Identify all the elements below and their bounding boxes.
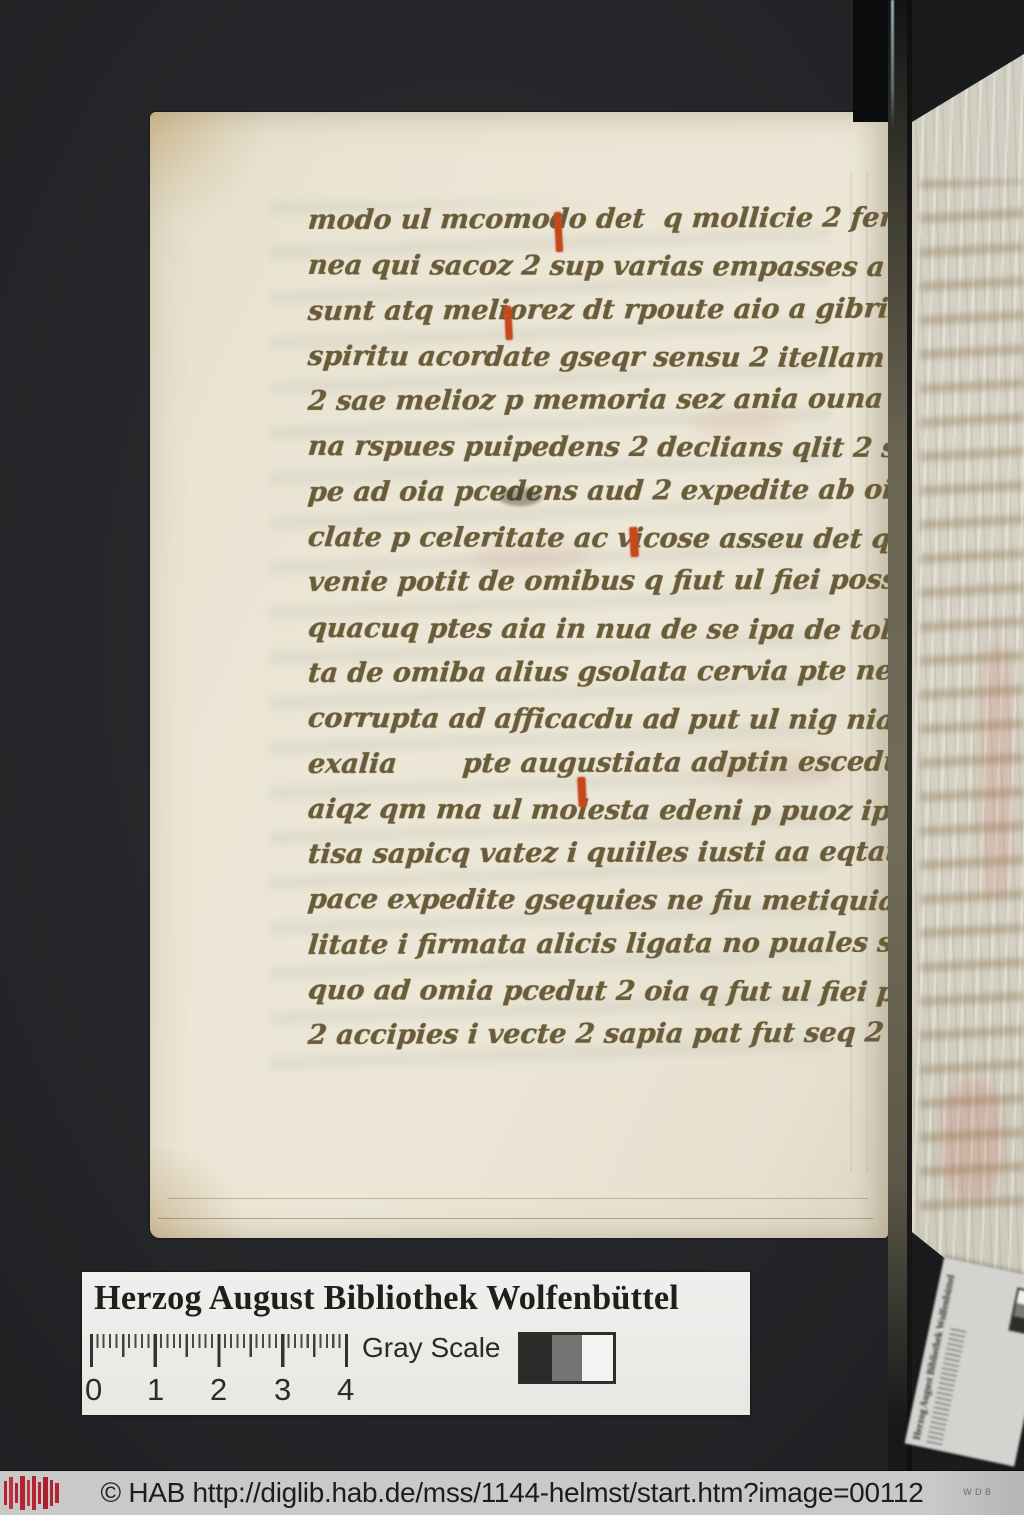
digitized-manuscript-photo: modo ul mcomodo det q mollicie 2 femi ne… <box>0 0 1024 1515</box>
manuscript-line: modo ul mcomodo det q mollicie 2 femi <box>306 195 895 243</box>
copyright-strip: © HAB http://diglib.hab.de/mss/1144-helm… <box>0 1471 1024 1515</box>
gray-scale-patch-gray <box>552 1335 583 1381</box>
manuscript-line: pace expedite gsequies ne fiu metiquia i… <box>306 877 895 924</box>
gray-scale-patch-black <box>521 1335 552 1381</box>
manuscript-line: 2 accipies i vecte 2 sapia pat fut seq 2… <box>306 1011 895 1059</box>
ruler-number: 3 <box>274 1372 291 1408</box>
manuscript-line: tisa sapicq vatez i quiiles iusti aa eqt… <box>306 830 895 878</box>
gray-scale-patches <box>518 1332 616 1384</box>
library-label-card: Herzog August Bibliothek Wolfenbüttel 0 … <box>82 1272 750 1415</box>
manuscript-line: spiritu acordate gseqr sensu 2 itellam s… <box>306 334 895 381</box>
gray-scale-label: Gray Scale <box>362 1332 501 1364</box>
underlying-leaf-edge <box>168 1198 868 1199</box>
gray-scale-patch-white <box>582 1335 613 1381</box>
manuscript-text-block: modo ul mcomodo det q mollicie 2 femi ne… <box>308 198 893 1059</box>
ruler-number: 4 <box>337 1372 354 1408</box>
facing-page-rubrication-blur <box>982 640 1012 900</box>
manuscript-line: sunt atq meliorez dt rpoute aio a gibris… <box>306 286 895 334</box>
ruler-number: 1 <box>147 1372 164 1408</box>
wdb-watermark: WDB <box>963 1488 994 1498</box>
copyright-url-text: © HAB http://diglib.hab.de/mss/1144-helm… <box>0 1477 1024 1509</box>
facing-page <box>912 0 1024 1330</box>
page-aging-corner <box>150 112 270 232</box>
manuscript-line: litate i firmata alicis ligata no puales… <box>306 920 895 968</box>
manuscript-line: quacuq ptes aia in nua de se ipa de toli… <box>306 606 895 653</box>
ruler-number: 0 <box>85 1372 102 1408</box>
underlying-leaf-edge <box>158 1218 873 1219</box>
ruler-cm-ticks <box>90 1334 350 1367</box>
manuscript-line: pe ad oia pcedens aud 2 expedite ab oi a… <box>306 467 895 515</box>
glass-edge-reflection <box>891 0 894 130</box>
facing-page-rubrication-blur <box>942 1080 1002 1200</box>
manuscript-page: modo ul mcomodo det q mollicie 2 femi ne… <box>150 112 888 1238</box>
ruler-number: 2 <box>210 1372 227 1408</box>
ink-blot <box>498 488 542 506</box>
rubrication-mark <box>629 527 639 557</box>
page-aging-corner-bottom <box>150 1148 270 1238</box>
library-name: Herzog August Bibliothek Wolfenbüttel <box>94 1278 679 1318</box>
manuscript-line: venie potit de omibus q fiut ul fiei pos… <box>306 558 895 606</box>
manuscript-line: na rspues puipedens 2 declians qlit 2 su… <box>306 424 895 471</box>
cm-ruler: 0 1 2 3 4 <box>90 1334 350 1410</box>
page-gutter-edge <box>888 0 912 1515</box>
manuscript-line: ta de omiba alius gsolata cervia pte neq… <box>306 648 895 696</box>
manuscript-line: aiqz qm ma ul molesta edeni p puoz ipaz … <box>306 787 895 834</box>
facing-label-card: Herzog August Bibliothek Wolfenbüttel <box>905 1257 1024 1466</box>
manuscript-line: 2 sae melioz p memoria sez ania ouna 2 t… <box>306 377 895 425</box>
facing-page-area: Herzog August Bibliothek Wolfenbüttel <box>912 0 1024 1515</box>
manuscript-line: nea qui sacoz 2 sup varias empasses a mo… <box>306 243 895 290</box>
rubrication-mark <box>577 777 587 807</box>
manuscript-line: exalia pte augustiata adptin escedu que <box>306 739 895 787</box>
manuscript-line: corrupta ad afficacdu ad put ul nig nia … <box>306 696 895 743</box>
manuscript-line: quo ad omia pcedut 2 oia q fut ul fiei p… <box>306 968 895 1015</box>
facing-label-grayscale <box>1008 1287 1024 1335</box>
manuscript-line: clate p celeritate ac vicose asseu det q… <box>306 515 895 562</box>
